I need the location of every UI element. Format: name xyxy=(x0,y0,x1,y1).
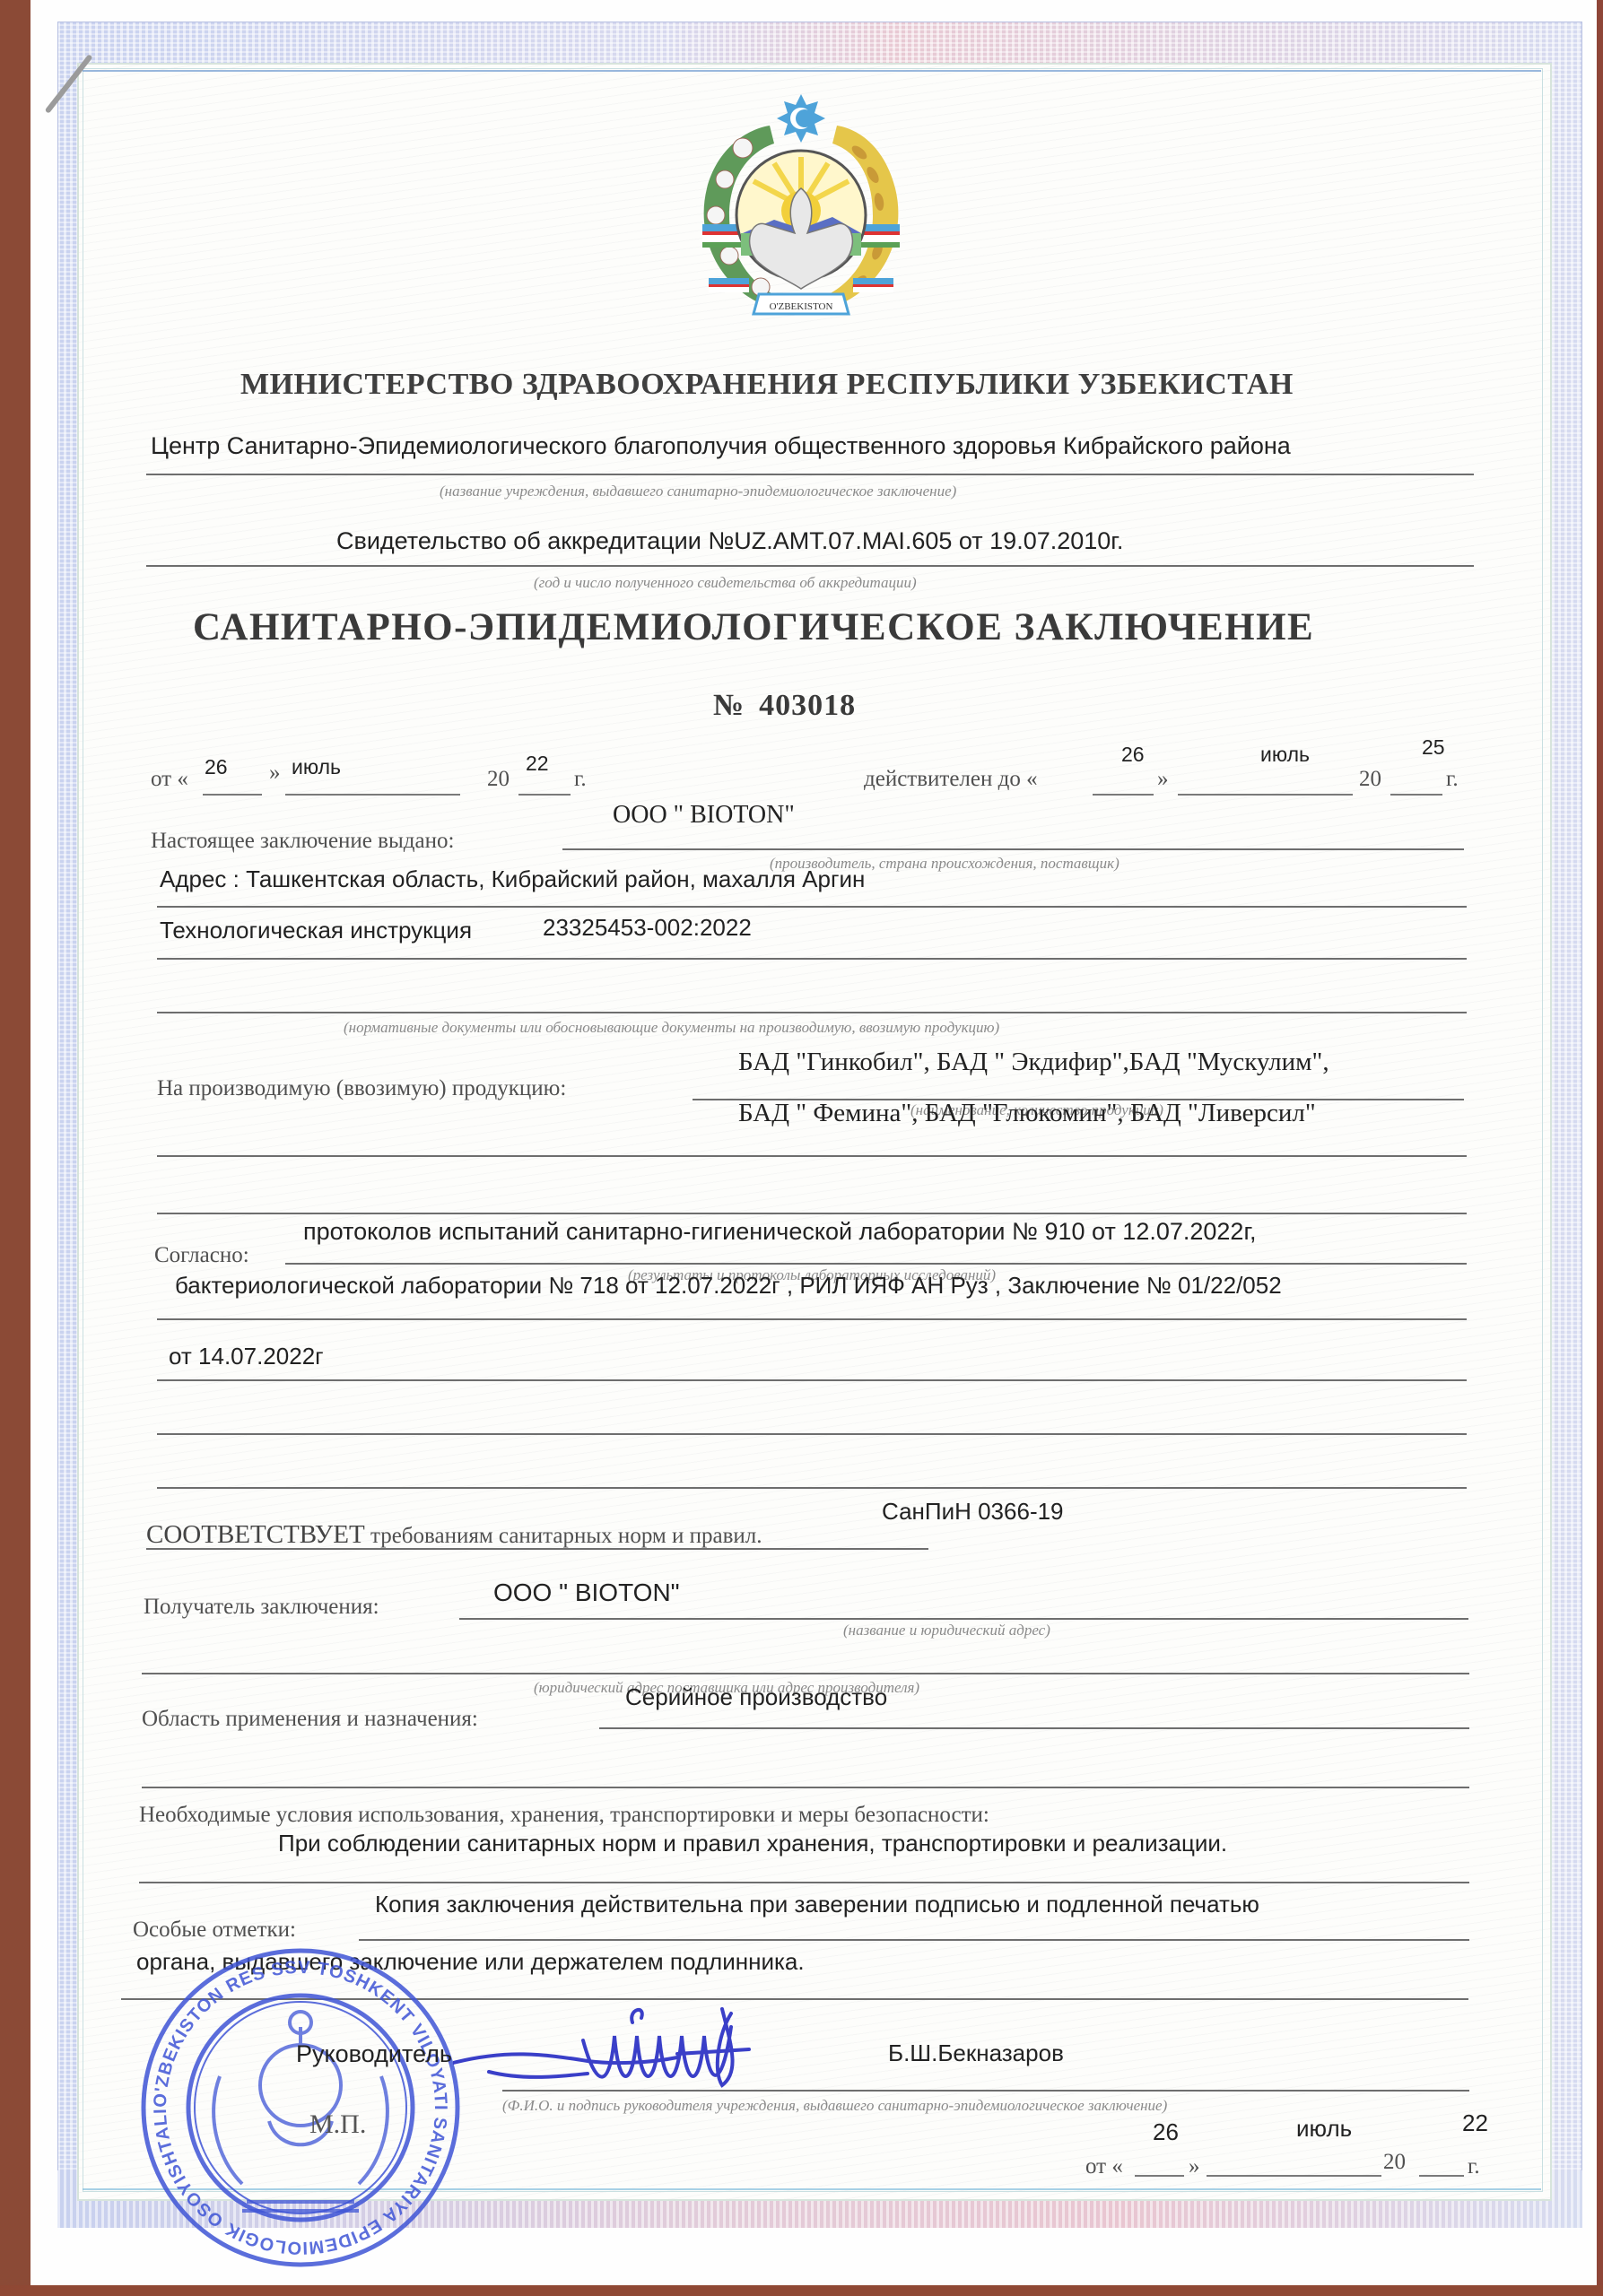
blank-line-1 xyxy=(157,1012,1467,1013)
issue-date-suffix: г. xyxy=(574,767,587,792)
notes-line-1: Копия заключения действительна при завер… xyxy=(375,1891,1259,1918)
according-underline-3 xyxy=(157,1379,1467,1381)
scope-value: Серийное производство xyxy=(625,1683,887,1711)
top-border-line xyxy=(83,70,1541,72)
according-underline xyxy=(285,1263,1467,1265)
cover-edge-bottom xyxy=(0,2285,1603,2296)
number-sign: № xyxy=(713,689,744,722)
valid-month-underline xyxy=(1178,794,1353,796)
cover-edge-right xyxy=(1597,0,1603,2296)
institution-hint: (название учреждения, выдавшего санитарн… xyxy=(440,483,956,500)
issue-date-month: июль xyxy=(292,755,341,779)
according-label: Согласно: xyxy=(154,1243,249,1268)
sign-date-century: 20 xyxy=(1383,2150,1406,2175)
sign-date-close-quote: » xyxy=(1189,2154,1200,2179)
cover-edge-left xyxy=(0,0,30,2296)
signature-icon xyxy=(453,2000,848,2108)
issued-to-value: ООО " BIOTON" xyxy=(613,801,795,830)
seal-label: М.П. xyxy=(309,2109,366,2140)
conforms-underline xyxy=(146,1548,928,1550)
recipient-underline xyxy=(459,1618,1468,1620)
normative-hint: (нормативные документы или обосновывающи… xyxy=(344,1019,999,1037)
recipient-hint: (название и юридический адрес) xyxy=(843,1622,1050,1639)
according-line-2: бактериологической лаборатории № 718 от … xyxy=(175,1272,1282,1300)
valid-until-day: 26 xyxy=(1121,743,1145,767)
address-line: Адрес : Ташкентская область, Кибрайский … xyxy=(160,865,865,893)
valid-day-underline xyxy=(1093,794,1154,796)
conditions-label: Необходимые условия использования, хране… xyxy=(139,1803,989,1828)
issued-to-underline xyxy=(562,848,1464,850)
tech-instruction-value: 23325453-002:2022 xyxy=(543,914,752,942)
document-title: САНИТАРНО-ЭПИДЕМИОЛОГИЧЕСКОЕ ЗАКЛЮЧЕНИЕ xyxy=(193,605,1314,649)
institution-name: Центр Санитарно-Эпидемиологического благ… xyxy=(151,432,1291,460)
scope-underline xyxy=(599,1727,1469,1729)
valid-until-prefix: действителен до « xyxy=(864,767,1038,792)
address-underline xyxy=(157,906,1467,908)
notes-underline xyxy=(359,1939,1469,1941)
recipient-value: ООО " BIOTON" xyxy=(493,1578,680,1607)
ministry-heading: МИНИСТЕРСТВО ЗДРАВООХРАНЕНИЯ РЕСПУБЛИКИ … xyxy=(240,368,1294,402)
scope-label: Область применения и назначения: xyxy=(142,1707,478,1732)
valid-until-month: июль xyxy=(1260,743,1310,767)
head-hint: (Ф.И.О. и подпись руководителя учреждени… xyxy=(502,2097,1167,2115)
issue-date-close-quote: » xyxy=(269,761,281,786)
sign-date-month: июль xyxy=(1296,2115,1352,2143)
accreditation-hint: (год и число полученного свидетельства о… xyxy=(534,574,917,592)
state-emblem-icon: O'ZBEKISTON xyxy=(689,90,913,332)
products-line-2: БАД " Фемина", БАД "Глюкомин", БАД "Ливе… xyxy=(738,1099,1316,1128)
according-line-3: от 14.07.2022г xyxy=(169,1343,324,1370)
valid-until-century: 20 xyxy=(1359,767,1381,792)
sign-date-prefix: от « xyxy=(1085,2154,1123,2179)
sign-year-underline xyxy=(1419,2175,1464,2177)
valid-until-close-quote: » xyxy=(1157,767,1169,792)
products-label: На производимую (ввозимую) продукцию: xyxy=(157,1076,566,1101)
notes-label: Особые отметки: xyxy=(133,1918,296,1943)
recipient-underline-2 xyxy=(142,1673,1469,1674)
conforms-statement: СООТВЕТСТВУЕТ требованиям санитарных нор… xyxy=(146,1520,762,1550)
blank-line-2 xyxy=(157,1213,1467,1214)
accreditation-underline xyxy=(146,565,1474,567)
svg-text:O'ZBEKISTON: O'ZBEKISTON xyxy=(770,301,833,312)
issued-to-label: Настоящее заключение выдано: xyxy=(151,829,454,854)
head-label: Руководитель xyxy=(296,2040,452,2068)
official-seal-stamp-icon: O'ZBEKISTON RES SSV TOSHKENT VILOYATI SA… xyxy=(135,1942,466,2274)
conforms-bold: СООТВЕТСТВУЕТ xyxy=(146,1520,365,1549)
head-underline xyxy=(502,2090,1469,2092)
valid-until-year: 25 xyxy=(1422,735,1445,760)
issue-date-year: 22 xyxy=(526,752,549,776)
conditions-value: При соблюдении санитарных норм и правил … xyxy=(278,1830,1227,1857)
sign-date-year: 22 xyxy=(1462,2109,1488,2137)
according-underline-2 xyxy=(157,1318,1467,1320)
issue-date-prefix: от « xyxy=(151,767,188,792)
sign-month-underline xyxy=(1207,2175,1381,2177)
conditions-underline xyxy=(139,1882,1469,1883)
conclusion-number: № 403018 xyxy=(713,689,856,723)
valid-year-underline xyxy=(1390,794,1442,796)
issue-date-century: 20 xyxy=(487,767,510,792)
issue-year-underline xyxy=(518,794,571,796)
tech-instruction-label: Технологическая инструкция xyxy=(160,917,472,944)
sign-day-underline xyxy=(1135,2175,1184,2177)
issue-day-underline xyxy=(203,794,262,796)
conforms-rest: требованиям санитарных норм и правил. xyxy=(370,1524,762,1548)
blank-line-4 xyxy=(157,1487,1467,1489)
products-underline-2 xyxy=(157,1155,1467,1157)
sanpin-reference: СанПиН 0366-19 xyxy=(882,1498,1064,1526)
tech-instruction-underline xyxy=(157,958,1467,960)
recipient-label: Получатель заключения: xyxy=(144,1595,379,1620)
according-line-1: протоколов испытаний санитарно-гигиениче… xyxy=(303,1218,1257,1246)
issue-date-day: 26 xyxy=(205,755,228,779)
number-value: 403018 xyxy=(759,689,856,722)
blank-line-3 xyxy=(157,1433,1467,1435)
accreditation-certificate: Свидетельство об аккредитации №UZ.AMT.07… xyxy=(336,527,1123,555)
issue-month-underline xyxy=(285,794,460,796)
head-name: Б.Ш.Бекназаров xyxy=(888,2039,1064,2067)
sign-date-suffix: г. xyxy=(1468,2154,1480,2179)
institution-underline xyxy=(146,474,1474,475)
valid-until-suffix: г. xyxy=(1446,767,1459,792)
sign-date-day: 26 xyxy=(1153,2118,1179,2146)
blank-line-5 xyxy=(142,1787,1469,1788)
products-line-1: БАД "Гинкобил", БАД " Экдифир",БАД "Муск… xyxy=(738,1048,1329,1077)
